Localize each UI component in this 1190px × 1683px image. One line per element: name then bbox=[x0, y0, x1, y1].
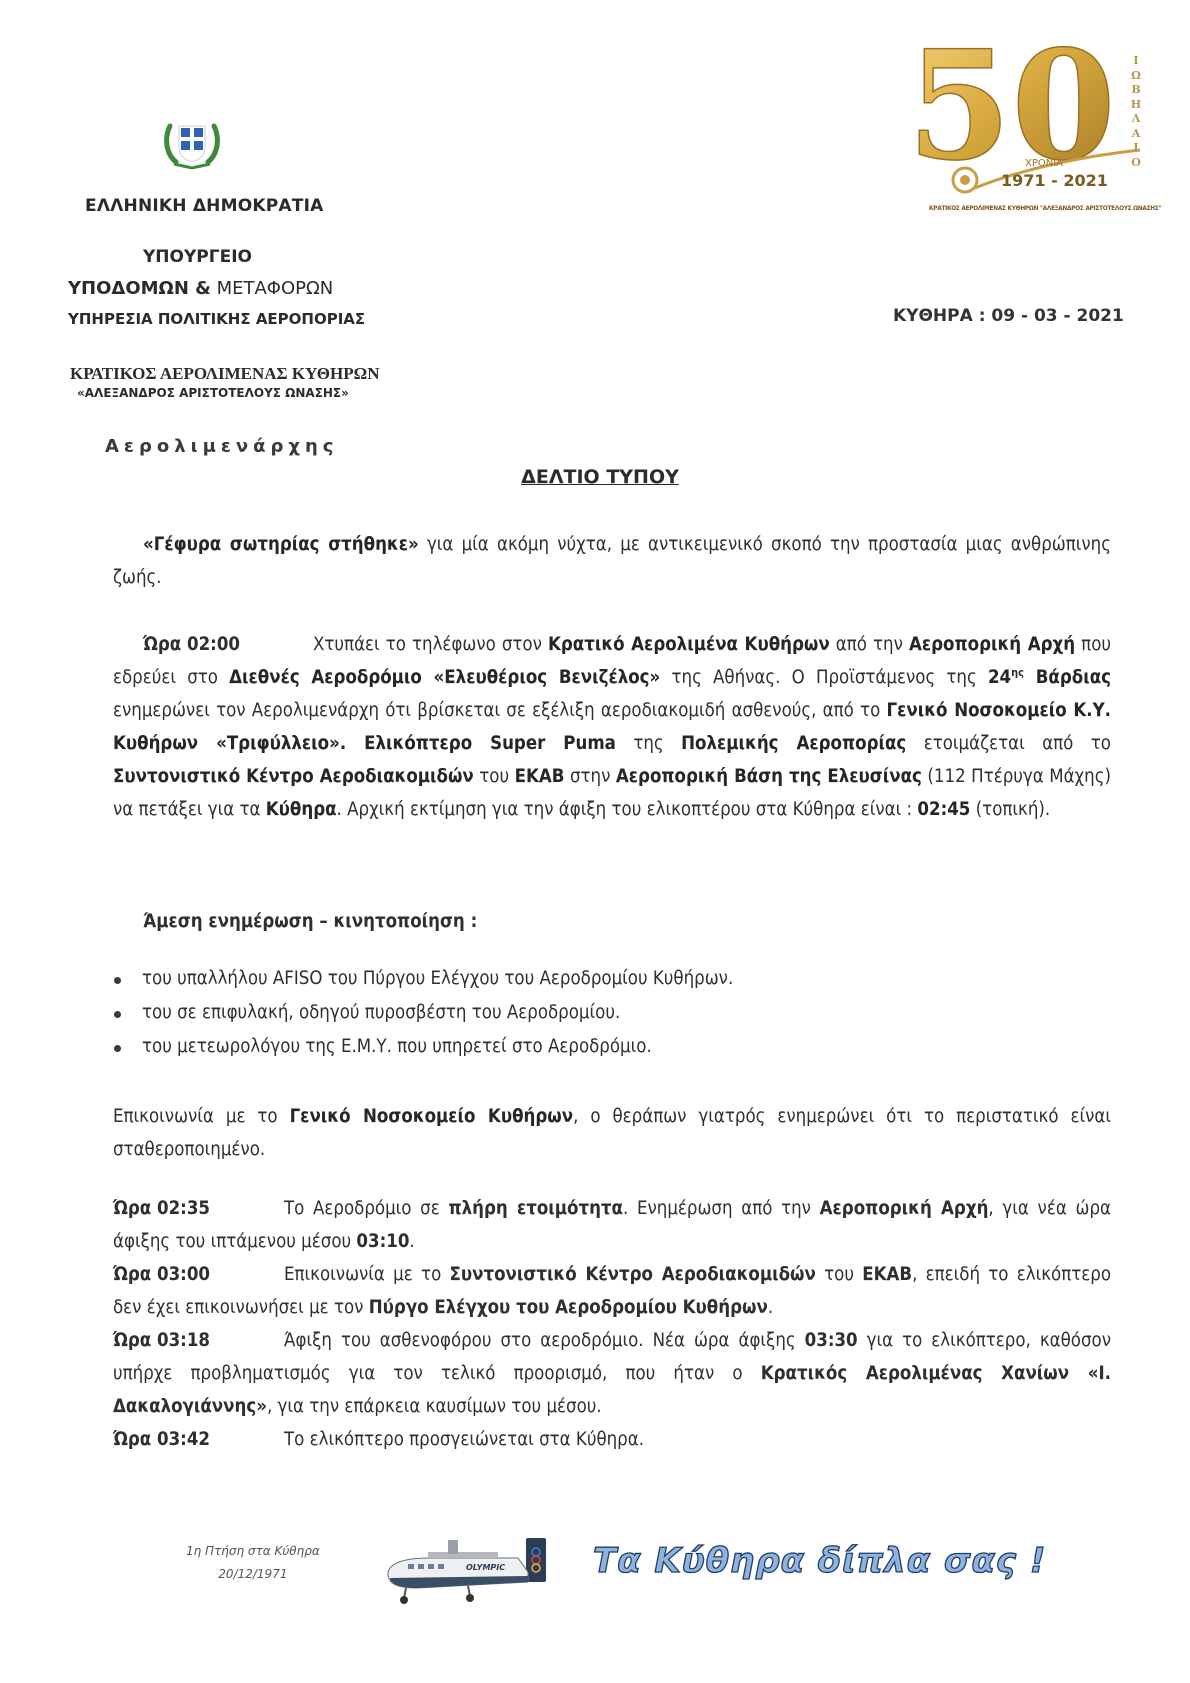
bold-text-run: Κύθηρα bbox=[266, 799, 337, 820]
press-release-title: ΔΕΛΤΙΟ ΤΥΠΟΥ bbox=[521, 466, 679, 488]
text-run: από την bbox=[830, 634, 909, 655]
signatory-role: Αερολιμενάρχης bbox=[105, 436, 338, 457]
bold-text-run: Πολεμικής Αεροπορίας bbox=[681, 733, 906, 754]
list-item: του υπαλλήλου AFISO του Πύργου Ελέγχου τ… bbox=[113, 962, 733, 996]
timeline: Ώρα 02:35Το Αεροδρόμιο σε πλήρη ετοιμότη… bbox=[113, 1192, 1111, 1456]
text-run: στην bbox=[564, 766, 615, 787]
logo-letter: Η bbox=[1128, 98, 1144, 113]
text-run: του bbox=[816, 1264, 862, 1285]
entry-time: Ώρα 03:00 bbox=[113, 1258, 284, 1291]
text-run: (τοπική). bbox=[970, 799, 1050, 820]
bold-text-run: Αεροπορική Βάση της Ελευσίνας bbox=[616, 766, 922, 787]
ministry-name-bold: ΥΠΟΔΟΜΩΝ & bbox=[68, 278, 211, 299]
timeline-entry: Ώρα 03:18Άφιξη του ασθενοφόρου στο αεροδ… bbox=[113, 1324, 1111, 1423]
list-item: του σε επιφυλακή, οδηγού πυροσβέστη του … bbox=[113, 996, 733, 1030]
bold-text-run: Συντονιστικό Κέντρο Αεροδιακομιδών bbox=[113, 766, 474, 787]
hospital-contact-text: Επικοινωνία με το Γενικό Νοσοκομείο Κυθή… bbox=[113, 1106, 1111, 1160]
logo-letter: Ο bbox=[1128, 156, 1144, 171]
entry-time: Ώρα 02:35 bbox=[113, 1192, 284, 1225]
bold-text-run: Αεροπορική Αρχή bbox=[909, 634, 1075, 655]
hospital-contact-paragraph: Επικοινωνία με το Γενικό Νοσοκομείο Κυθή… bbox=[113, 1100, 1111, 1166]
olympic-aircraft-icon: OLYMPIC bbox=[378, 1532, 553, 1607]
first-flight-date: 20/12/1971 bbox=[186, 1563, 320, 1586]
text-run: Το Αεροδρόμιο σε bbox=[284, 1198, 448, 1219]
first-flight-note: 1η Πτήση στα Κύθηρα 20/12/1971 bbox=[186, 1540, 320, 1586]
bold-text-run: Βάρδιας bbox=[1024, 667, 1111, 688]
plane-livery: OLYMPIC bbox=[466, 1563, 505, 1572]
ministry-label: ΥΠΟΥΡΓΕΙΟ bbox=[143, 247, 252, 267]
republic-label: ΕΛΛΗΝΙΚΗ ΔΗΜΟΚΡΑΤΙΑ bbox=[85, 196, 323, 216]
text-run: . bbox=[409, 1231, 414, 1252]
entry-text: Το ελικόπτερο προσγειώνεται στα Κύθηρα. bbox=[284, 1429, 644, 1450]
text-run: της Αθήνας. Ο Προϊστάμενος της bbox=[660, 667, 988, 688]
ministry-name-rest: ΜΕΤΑΦΟΡΩΝ bbox=[211, 278, 333, 299]
bold-text-run: Αεροπορική Αρχή bbox=[820, 1198, 989, 1219]
timeline-entry: Ώρα 03:00Επικοινωνία με το Συντονιστικό … bbox=[113, 1258, 1111, 1324]
text-run: ετοιμάζεται από το bbox=[906, 733, 1111, 754]
text-run: . Ενημέρωση από την bbox=[623, 1198, 820, 1219]
text-run: . bbox=[768, 1297, 773, 1318]
text-run: Το ελικόπτερο προσγειώνεται στα Κύθηρα. bbox=[284, 1429, 644, 1450]
text-run: ενημερώνει τον Αερολιμενάρχη ότι βρίσκετ… bbox=[113, 700, 887, 721]
first-entry-paragraph: Ώρα 02:00Χτυπάει το τηλέφωνο στον Κρατικ… bbox=[113, 628, 1111, 826]
text-run: Άφιξη του ασθενοφόρου στο αεροδρόμιο. Νέ… bbox=[284, 1330, 805, 1351]
bold-text-run: Συντονιστικό Κέντρο Αεροδιακομιδών bbox=[450, 1264, 816, 1285]
logo-jubilee-label: ΙΩΒΗΛΑΙΟ bbox=[1128, 54, 1144, 170]
text-run: Χτυπάει το τηλέφωνο στον bbox=[313, 634, 548, 655]
notification-list: του υπαλλήλου AFISO του Πύργου Ελέγχου τ… bbox=[113, 962, 733, 1064]
bold-text-run: 24 bbox=[988, 667, 1011, 688]
ministry-name: ΥΠΟΔΟΜΩΝ & ΜΕΤΑΦΟΡΩΝ bbox=[68, 278, 333, 299]
service-label: ΥΠΗΡΕΣΙΑ ΠΟΛΙΤΙΚΗΣ ΑΕΡΟΠΟΡΙΑΣ bbox=[68, 310, 365, 328]
text-run: της bbox=[616, 733, 681, 754]
list-item: του μετεωρολόγου της Ε.Μ.Υ. που υπηρετεί… bbox=[113, 1030, 733, 1064]
bold-text-run: 02:45 bbox=[917, 799, 970, 820]
text-run: Επικοινωνία με το bbox=[284, 1264, 450, 1285]
entry-time: Ώρα 02:00 bbox=[143, 628, 313, 661]
logo-letter: Λ bbox=[1128, 112, 1144, 127]
document-title: ΔΕΛΤΙΟ ΤΥΠΟΥ bbox=[0, 466, 1190, 488]
logo-letter: Α bbox=[1128, 127, 1144, 142]
logo-years: 1971 - 2021 bbox=[1001, 171, 1108, 190]
text-run: . Αρχική εκτίμηση για την άφιξη του ελικ… bbox=[337, 799, 918, 820]
bold-text-run: πλήρη ετοιμότητα bbox=[448, 1198, 623, 1219]
airport-label: ΚΡΑΤΙΚΟΣ ΑΕΡΟΛΙΜΕΝΑΣ ΚΥΘΗΡΩΝ bbox=[70, 364, 380, 384]
first-flight-label: 1η Πτήση στα Κύθηρα bbox=[186, 1540, 320, 1563]
bold-text-run: ΕΚΑΒ bbox=[862, 1264, 912, 1285]
anniversary-50-logo: 50 ΧΡΟΝΙΑ bbox=[915, 38, 1155, 228]
bold-text-run: ης bbox=[1011, 666, 1024, 679]
logo-vertical-text: ΙΩΒΗΛΑΙΟ bbox=[1128, 54, 1144, 170]
notification-heading: Άμεση ενημέρωση – κινητοποίηση : bbox=[143, 905, 477, 938]
airport-name: «ΑΛΕΞΑΝΔΡΟΣ ΑΡΙΣΤΟΤΕΛΟΥΣ ΩΝΑΣΗΣ» bbox=[77, 386, 349, 400]
bold-text-run: Κρατικό Αερολιμένα Κυθήρων bbox=[548, 634, 830, 655]
bold-text-run: Γενικό Νοσοκομείο Κυθήρων bbox=[290, 1106, 574, 1127]
intro-paragraph: «Γέφυρα σωτηρίας στήθηκε» για μία ακόμη … bbox=[113, 528, 1111, 594]
bold-text-run: ΕΚΑΒ bbox=[515, 766, 565, 787]
entry-time: Ώρα 03:42 bbox=[113, 1423, 284, 1456]
bold-text-run: 03:10 bbox=[356, 1231, 409, 1252]
entry-text: Χτυπάει το τηλέφωνο στον Κρατικό Αερολιμ… bbox=[113, 634, 1111, 820]
bold-text-run: 03:30 bbox=[805, 1330, 858, 1351]
place-date: ΚΥΘΗΡΑ : 09 - 03 - 2021 bbox=[893, 306, 1124, 326]
text-run: Επικοινωνία με το bbox=[113, 1106, 290, 1127]
text-run: του bbox=[474, 766, 515, 787]
logo-subtitle: ΧΡΟΝΙΑ bbox=[1025, 158, 1063, 169]
logo-caption: ΚΡΑΤΙΚΟΣ ΑΕΡΟΛΙΜΕΝΑΣ ΚΥΘΗΡΩΝ "ΑΛΕΞΑΝΔΡΟΣ… bbox=[929, 204, 1161, 212]
bold-text-run: Πύργο Ελέγχου του Αεροδρομίου Κυθήρων bbox=[369, 1297, 768, 1318]
logo-letter: Ι bbox=[1128, 54, 1144, 69]
bold-text-run: Διεθνές Αεροδρόμιο «Ελευθέριος Βενιζέλος… bbox=[229, 667, 660, 688]
timeline-entry: Ώρα 03:42Το ελικόπτερο προσγειώνεται στα… bbox=[113, 1423, 1111, 1456]
logo-letter: Ω bbox=[1128, 69, 1144, 84]
greek-coat-of-arms-icon bbox=[162, 112, 222, 172]
slogan: Τα Κύθηρα δίπλα σας ! bbox=[593, 1541, 1046, 1581]
entry-time: Ώρα 03:18 bbox=[113, 1324, 284, 1357]
intro-bold: «Γέφυρα σωτηρίας στήθηκε» bbox=[143, 534, 419, 555]
logo-letter: Β bbox=[1128, 83, 1144, 98]
logo-letter: Ι bbox=[1128, 141, 1144, 156]
timeline-entry: Ώρα 02:35Το Αεροδρόμιο σε πλήρη ετοιμότη… bbox=[113, 1192, 1111, 1258]
text-run: , για την επάρκεια καυσίμων του μέσου. bbox=[267, 1396, 602, 1417]
